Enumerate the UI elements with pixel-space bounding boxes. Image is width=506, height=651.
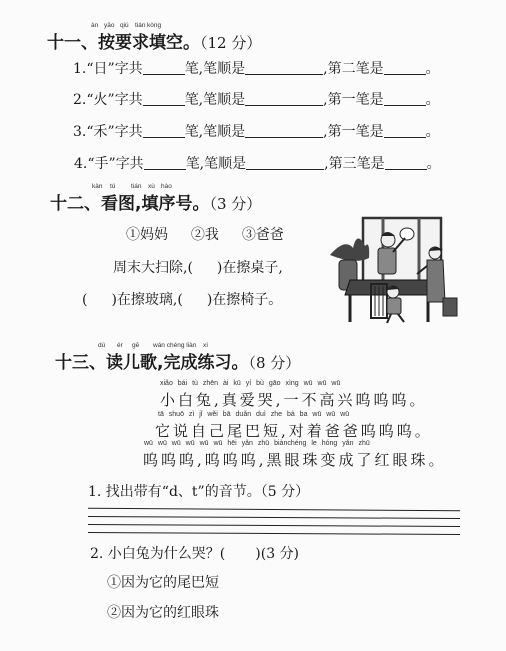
item-text: 笔,笔顺是: [185, 92, 245, 108]
text: 2. 小白兔为什么哭？(: [90, 546, 225, 562]
item-text: ,第一笔是: [323, 92, 383, 108]
option-baba: ③爸爸: [242, 227, 284, 243]
stroke-n-blank[interactable]: [384, 91, 426, 106]
poem-line-3: 呜呜呜,呜呜呜,黑眼珠变成了红眼珠。: [143, 449, 447, 470]
option-mama: ①妈妈: [126, 227, 168, 243]
item-number: 3.: [73, 124, 86, 140]
section-score: （3 分）: [209, 195, 261, 213]
answer-blank-q2[interactable]: [225, 546, 255, 560]
stroke-count-blank[interactable]: [143, 60, 185, 75]
item-number: 1.: [73, 61, 86, 77]
section-title: 看图,填序号。: [101, 194, 209, 214]
poem-line-1: 小白兔,真爱哭,一不高兴呜呜呜。: [160, 389, 428, 410]
item-char: “手”: [87, 156, 115, 172]
answer-line-2[interactable]: [88, 516, 460, 519]
text: )在擦桌子,: [217, 260, 283, 276]
section-score: （8 分）: [248, 354, 300, 372]
section-number: 十三、: [55, 353, 106, 373]
section-13: dú ér gē wán chéng liàn xí 十三、读儿歌,完成练习。（…: [0, 335, 506, 651]
answer-blank-table[interactable]: [193, 260, 217, 274]
stroke-order-blank[interactable]: [245, 60, 323, 75]
item-number: 4.: [74, 156, 87, 172]
question-1: 1. 找出带有“d、t”的音节。（5 分）: [88, 481, 309, 501]
text: )(3 分): [255, 546, 299, 562]
stroke-count-blank[interactable]: [143, 91, 185, 106]
item-text: 笔,笔顺是: [185, 124, 245, 140]
item-text: ,第三笔是: [324, 156, 384, 172]
q2-option-1: ①因为它的尾巴短: [107, 572, 219, 592]
family-cleaning-illustration: [325, 210, 465, 325]
fill-item-4: 4.“手”字共笔,笔顺是,第三笔是。: [74, 153, 441, 173]
text: )在擦玻璃,(: [111, 292, 182, 308]
stroke-n-blank[interactable]: [384, 123, 426, 138]
answer-blank-window[interactable]: [87, 292, 111, 306]
item-text: ,第二笔是: [323, 61, 383, 77]
item-text: 字共: [116, 156, 144, 172]
section-title: 读儿歌,完成练习。: [106, 353, 248, 373]
item-text: 笔,笔顺是: [185, 61, 245, 77]
item-number: 2.: [73, 92, 86, 108]
item-text: 字共: [115, 92, 143, 108]
stroke-order-blank[interactable]: [245, 91, 323, 106]
section-number: 十一、: [47, 33, 98, 53]
poem-line-2-pinyin: tā shuō zì jǐ wěi bā duǎn duì zhe bà ba …: [158, 411, 349, 418]
fill-item-3: 3.“禾”字共笔,笔顺是,第一笔是。: [73, 121, 440, 141]
item-text: ,第一笔是: [323, 124, 383, 140]
section-12: kàn tú tián xù hào 十二、看图,填序号。（3 分） ①妈妈 ②…: [0, 180, 506, 330]
section-score: （12 分）: [200, 34, 261, 52]
item-end: 。: [426, 124, 440, 140]
stroke-n-blank[interactable]: [384, 60, 426, 75]
poem-line-1-pinyin: xiǎo bái tù zhēn ài kū yí bù gāo xìng wū…: [160, 380, 340, 387]
fill-item-2: 2.“火”字共笔,笔顺是,第一笔是。: [73, 89, 440, 109]
stroke-count-blank[interactable]: [143, 123, 185, 138]
stroke-order-blank[interactable]: [245, 123, 323, 138]
item-char: “火”: [86, 92, 114, 108]
answer-line-3[interactable]: [88, 524, 460, 527]
answer-blank-chair[interactable]: [183, 292, 207, 306]
text: 周末大扫除,(: [113, 260, 193, 276]
section-13-heading: 十三、读儿歌,完成练习。（8 分）: [55, 348, 300, 373]
answer-line-1[interactable]: [88, 508, 460, 512]
section-12-heading: 十二、看图,填序号。（3 分）: [50, 189, 261, 214]
stroke-n-blank[interactable]: [385, 155, 427, 170]
item-end: 。: [426, 92, 440, 108]
item-end: 。: [427, 156, 441, 172]
fill-line-2: ()在擦玻璃,()在擦椅子。: [82, 289, 282, 309]
question-2: 2. 小白兔为什么哭？()(3 分): [90, 543, 299, 563]
option-wo: ②我: [191, 227, 219, 243]
fill-line-1: 周末大扫除,()在擦桌子,: [113, 257, 283, 277]
poem-line-2: 它说自己尾巴短,对着爸爸呜呜呜。: [155, 420, 433, 441]
item-text: 字共: [115, 61, 143, 77]
answer-line-4[interactable]: [88, 532, 460, 535]
fill-item-1: 1.“日”字共笔,笔顺是,第二笔是。: [73, 58, 440, 78]
section-title: 按要求填空。: [98, 33, 200, 53]
item-text: 笔,笔顺是: [186, 156, 246, 172]
item-char: “禾”: [86, 124, 114, 140]
poem-line-3-pinyin: wū wū wū wū wū wū hēi yǎn zhū biànchéng …: [144, 440, 370, 447]
section-11-heading: 十一、按要求填空。（12 分）: [47, 28, 261, 53]
options-row: ①妈妈 ②我 ③爸爸: [126, 224, 284, 244]
item-text: 字共: [115, 124, 143, 140]
section-11: àn yāo qiú tián kòng 十一、按要求填空。（12 分） 1.“…: [0, 0, 506, 180]
section-number: 十二、: [50, 194, 101, 214]
stroke-order-blank[interactable]: [246, 155, 324, 170]
stroke-count-blank[interactable]: [144, 155, 186, 170]
item-char: “日”: [86, 61, 114, 77]
q2-option-2: ②因为它的红眼珠: [107, 602, 219, 622]
item-end: 。: [426, 61, 440, 77]
text: )在擦椅子。: [207, 292, 282, 308]
